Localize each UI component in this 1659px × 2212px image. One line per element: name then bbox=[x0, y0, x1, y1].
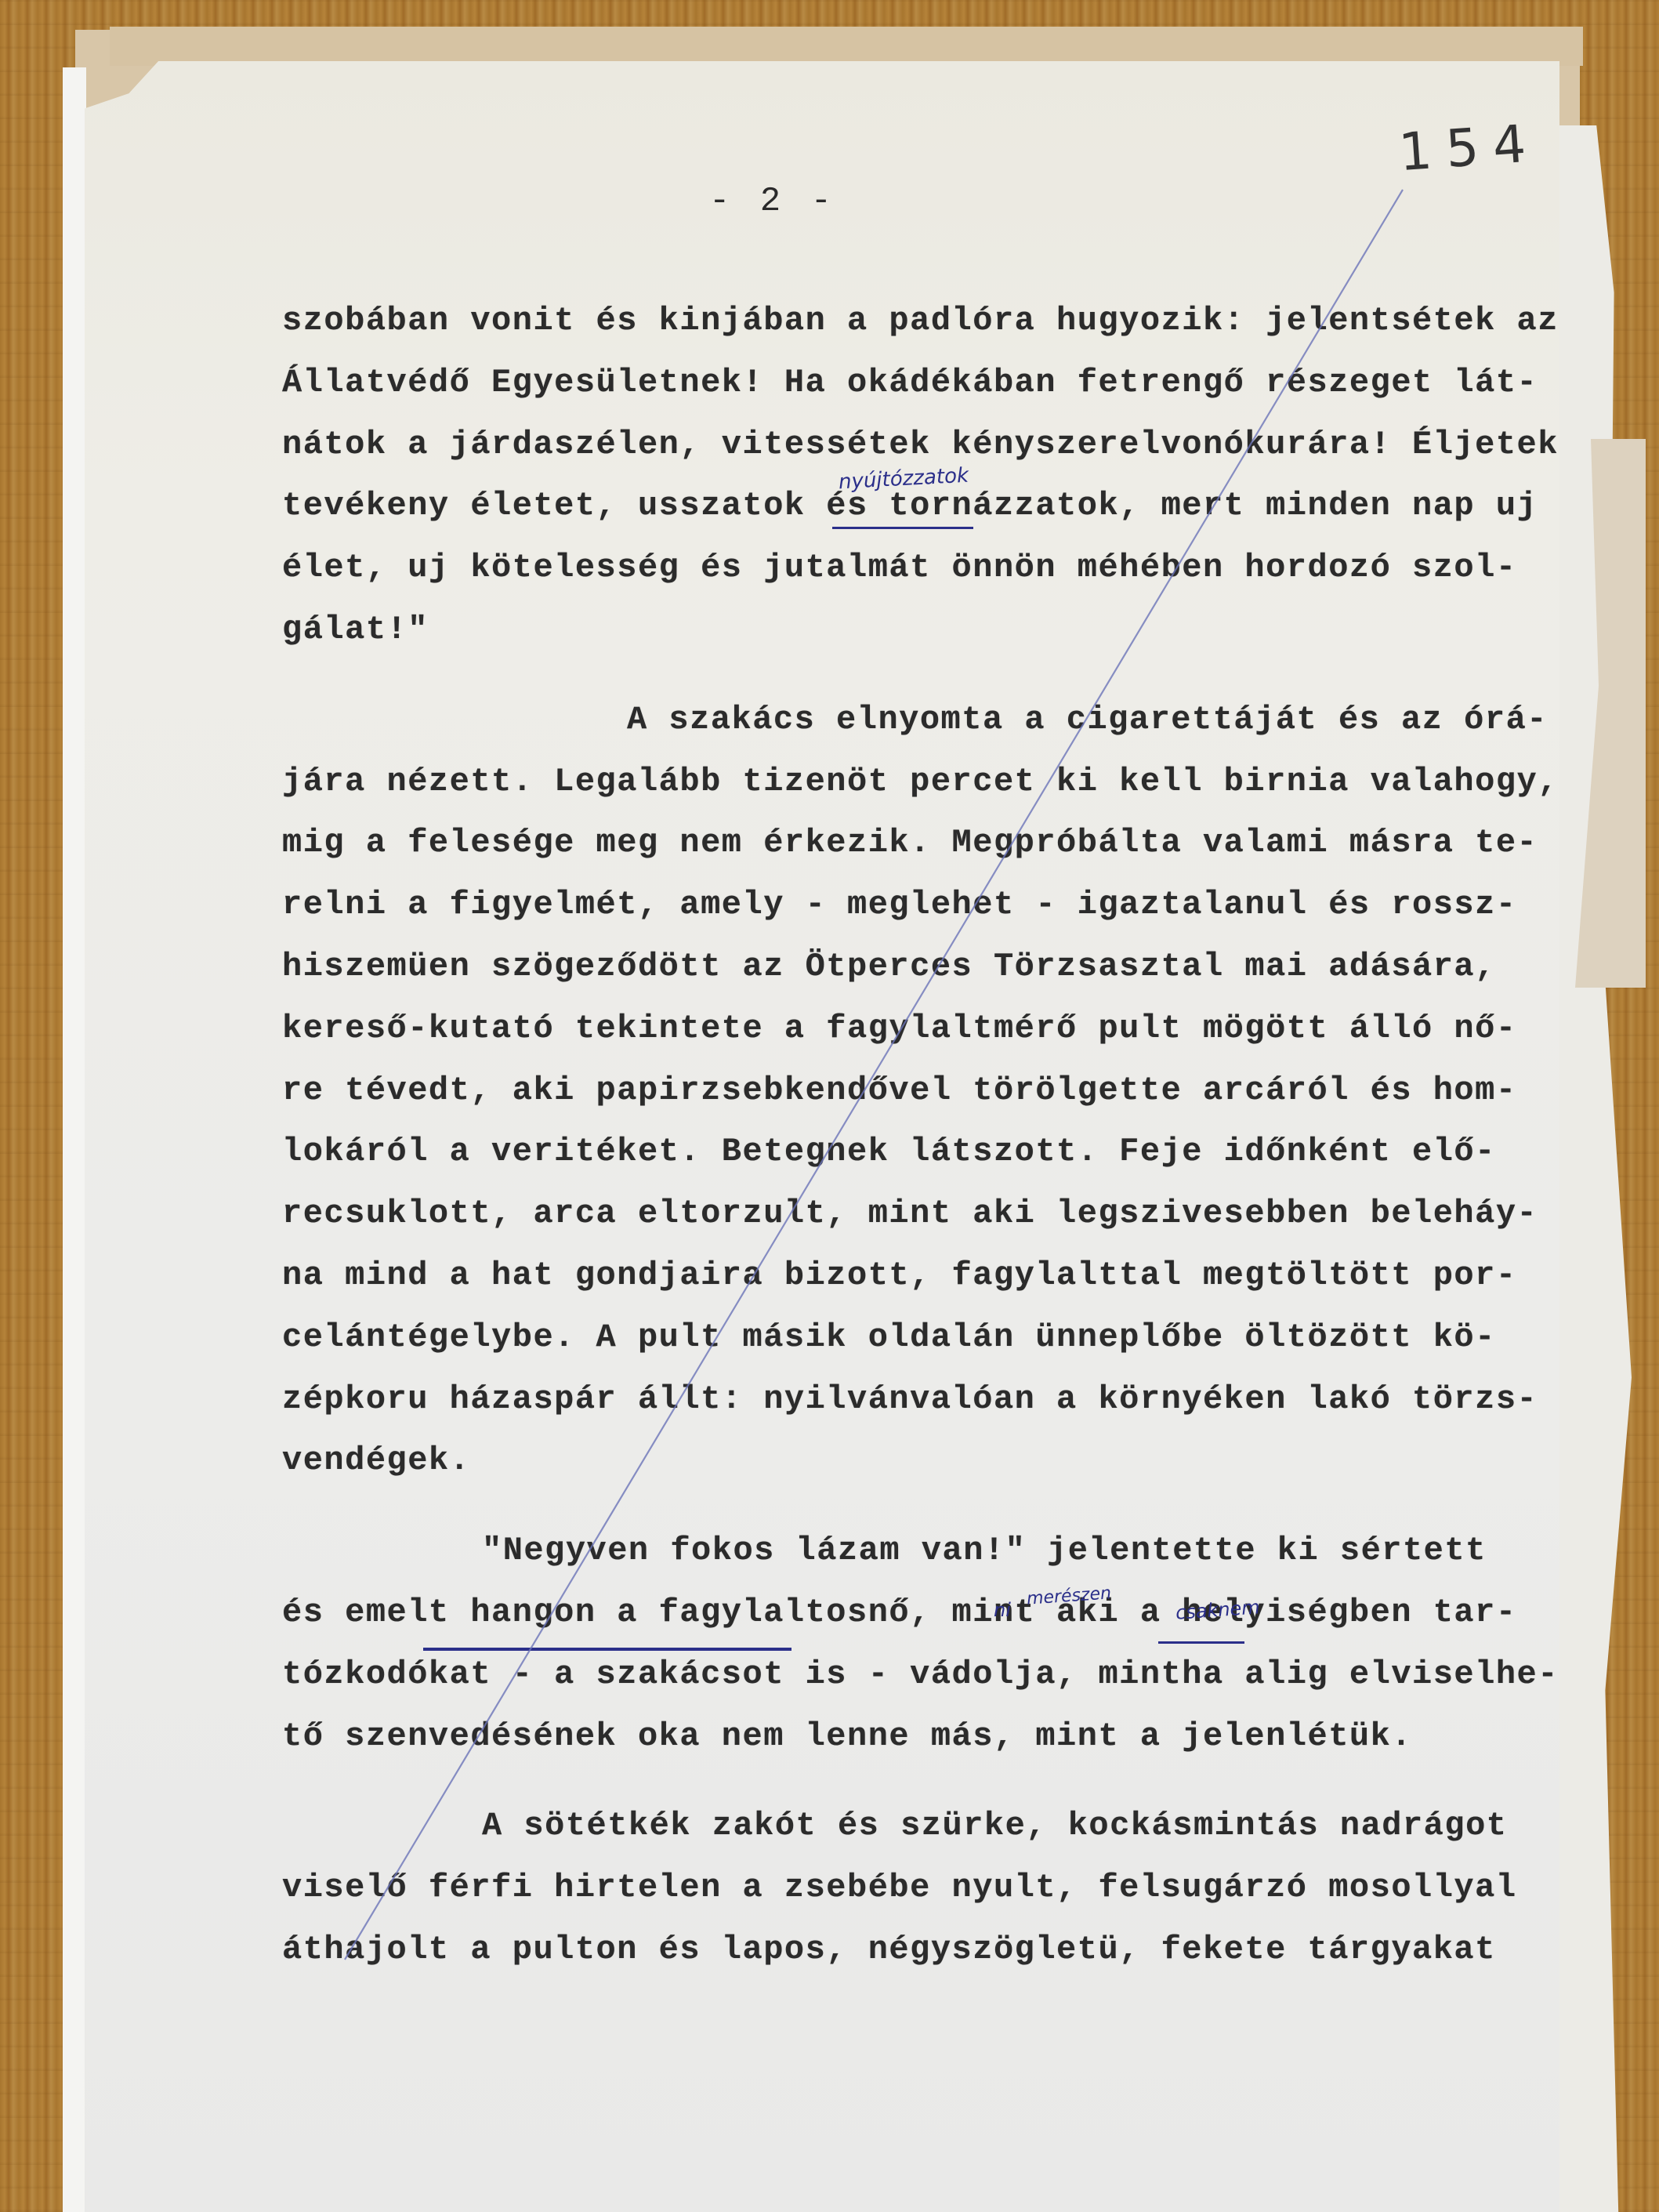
text-line: élet, uj kötelesség és jutalmát önnön mé… bbox=[282, 537, 1473, 599]
text-line: relni a figyelmét, amely - meglehet - ig… bbox=[282, 874, 1473, 936]
text-line: szobában vonit és kinjában a padlóra hug… bbox=[282, 290, 1473, 352]
text-line: re tévedt, aki papirzsebkendővel törölge… bbox=[282, 1060, 1473, 1122]
text-line: tózkodókat - a szakácsot is - vádolja, m… bbox=[282, 1644, 1473, 1706]
text-line: Állatvédő Egyesületnek! Ha okádékában fe… bbox=[282, 352, 1473, 414]
text-line: nátok a járdaszélen, vitessétek kényszer… bbox=[282, 414, 1473, 476]
page-marker: - 2 - bbox=[709, 182, 836, 221]
text-line: recsuklott, arca eltorzult, mint aki leg… bbox=[282, 1183, 1473, 1245]
text-line: vendégek. bbox=[282, 1430, 1473, 1492]
strikethrough-mark bbox=[832, 527, 973, 529]
text-line: celántégelybe. A pult másik oldalán ünne… bbox=[282, 1307, 1473, 1369]
underlying-sheet-edge bbox=[63, 67, 86, 2212]
text-line: tő szenvedésének oka nem lenne más, mint… bbox=[282, 1706, 1473, 1768]
strikethrough-mark bbox=[423, 1648, 791, 1651]
text-line: A sötétkék zakót és szürke, kockásmintás… bbox=[282, 1795, 1473, 1857]
folder-top-edge bbox=[110, 27, 1583, 66]
handwritten-correction: ni bbox=[994, 1599, 1011, 1621]
text-line: lokáról a veritéket. Betegnek látszott. … bbox=[282, 1121, 1473, 1183]
text-line: na mind a hat gondjaira bizott, fagylalt… bbox=[282, 1245, 1473, 1307]
text-line: és emelt hangon a fagylaltosnő, mint aki… bbox=[282, 1582, 1473, 1644]
typewritten-text: szobában vonit és kinjában a padlóra hug… bbox=[282, 290, 1473, 1981]
text-line: "Negyven fokos lázam van!" jelentette ki… bbox=[282, 1520, 1473, 1582]
text-line: gálat!" bbox=[282, 599, 1473, 661]
text-line: jára nézett. Legalább tizenöt percet ki … bbox=[282, 751, 1473, 813]
strikethrough-mark bbox=[1158, 1641, 1244, 1644]
text-line: mig a felesége meg nem érkezik. Megpróbá… bbox=[282, 812, 1473, 874]
text-line: viselő férfi hirtelen a zsebébe nyult, f… bbox=[282, 1857, 1473, 1919]
archive-number: 154 bbox=[1397, 113, 1542, 183]
text-line: zépkoru házaspár állt: nyilvánvalóan a k… bbox=[282, 1369, 1473, 1431]
text-line: kereső-kutató tekintete a fagylaltmérő p… bbox=[282, 998, 1473, 1060]
text-line: áthajolt a pulton és lapos, négyszögletü… bbox=[282, 1919, 1473, 1981]
text-line: hiszemüen szögeződött az Ötperces Törzsa… bbox=[282, 936, 1473, 998]
text-line: A szakács elnyomta a cigarettáját és az … bbox=[282, 689, 1473, 751]
